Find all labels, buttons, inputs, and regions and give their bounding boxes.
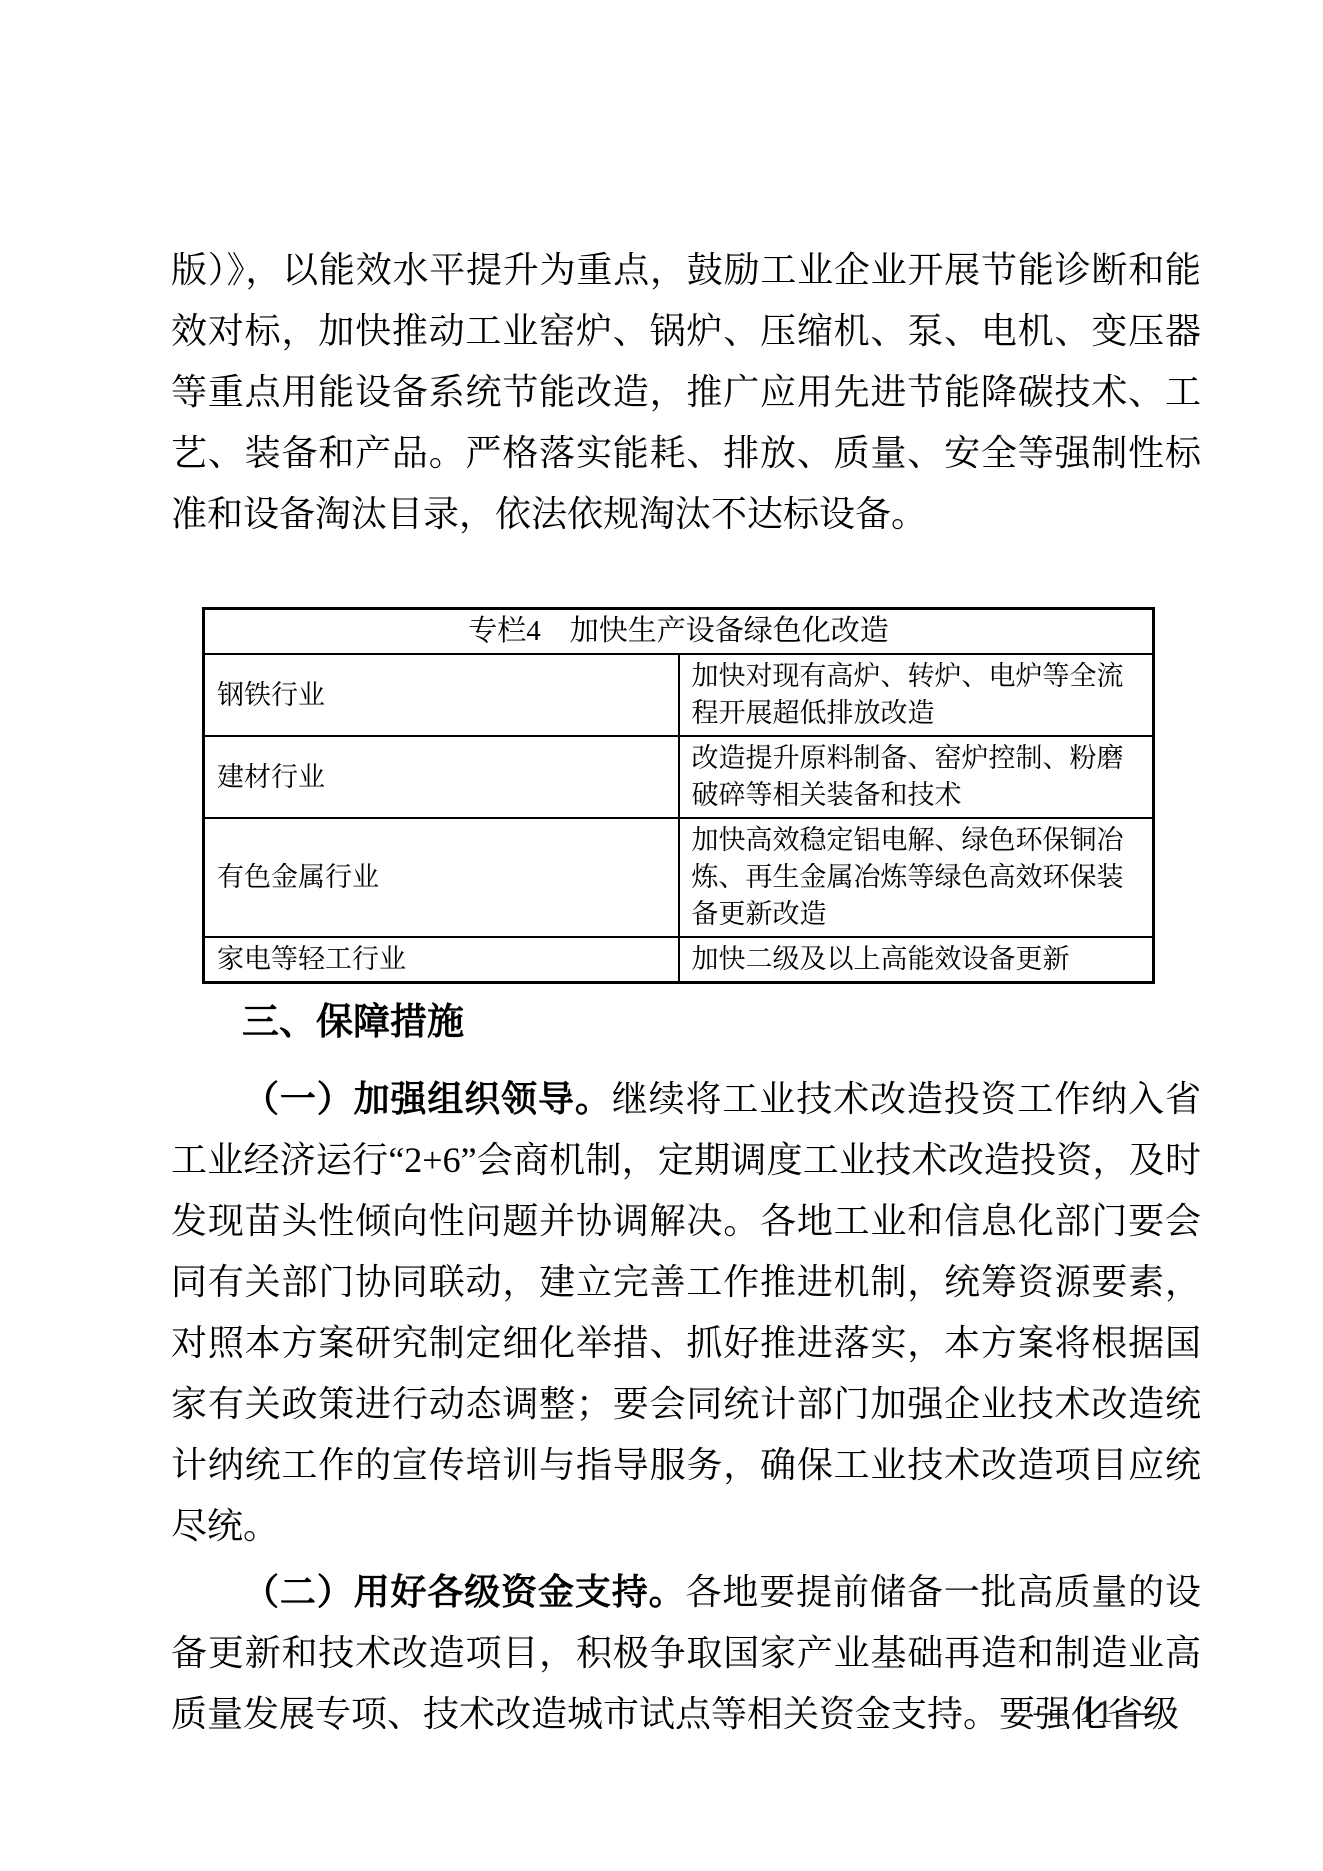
item-1-lead: （一）加强组织领导。 [243,1079,612,1119]
measure-cell: 加快对现有高炉、转炉、电炉等全流程开展超低排放改造 [679,654,1154,736]
table-row: 有色金属行业 加快高效稳定铝电解、绿色环保铜冶炼、再生金属冶炼等绿色高效环保装备… [204,818,1154,937]
industry-cell: 有色金属行业 [204,818,679,937]
industry-cell: 建材行业 [204,736,679,818]
measure-cell: 改造提升原料制备、窑炉控制、粉磨破碎等相关装备和技术 [679,736,1154,818]
box4-title: 专栏4 加快生产设备绿色化改造 [204,609,1154,655]
page-content: 版）》，以能效水平提升为重点，鼓励工业企业开展节能诊断和能效对标，加快推动工业窑… [171,240,1201,1745]
paragraph-item-1: （一）加强组织领导。继续将工业技术改造投资工作纳入省工业经济运行“2+6”会商机… [171,1069,1201,1557]
item-2-lead: （二）用好各级资金支持。 [243,1572,686,1612]
box4-table: 专栏4 加快生产设备绿色化改造 钢铁行业 加快对现有高炉、转炉、电炉等全流程开展… [202,607,1155,984]
paragraph-continuation: 版）》，以能效水平提升为重点，鼓励工业企业开展节能诊断和能效对标，加快推动工业窑… [171,240,1201,545]
section-heading: 三、保障措施 [242,991,1201,1052]
table-row: 钢铁行业 加快对现有高炉、转炉、电炉等全流程开展超低排放改造 [204,654,1154,736]
page-number: — 11 — [1034,1692,1160,1732]
item-1-body: 继续将工业技术改造投资工作纳入省工业经济运行“2+6”会商机制，定期调度工业技术… [171,1079,1201,1546]
document-page: 版）》，以能效水平提升为重点，鼓励工业企业开展节能诊断和能效对标，加快推动工业窑… [0,0,1323,1871]
industry-cell: 家电等轻工行业 [204,937,679,983]
table-row: 家电等轻工行业 加快二级及以上高能效设备更新 [204,937,1154,983]
measure-cell: 加快高效稳定铝电解、绿色环保铜冶炼、再生金属冶炼等绿色高效环保装备更新改造 [679,818,1154,937]
measure-cell: 加快二级及以上高能效设备更新 [679,937,1154,983]
table-row: 建材行业 改造提升原料制备、窑炉控制、粉磨破碎等相关装备和技术 [204,736,1154,818]
box4-title-row: 专栏4 加快生产设备绿色化改造 [204,609,1154,655]
industry-cell: 钢铁行业 [204,654,679,736]
